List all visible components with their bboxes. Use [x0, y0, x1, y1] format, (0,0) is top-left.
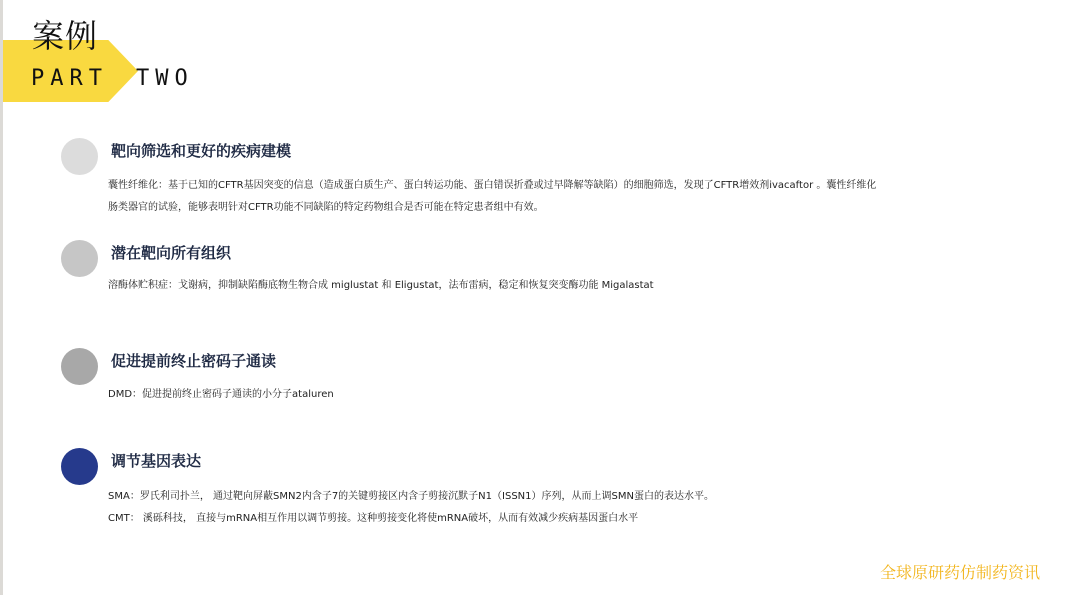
left-edge-rule [0, 0, 3, 595]
body-line: 囊性纤维化：基于已知的CFTR基因突变的信息（造成蛋白质生产、蛋白转运功能、蛋白… [108, 175, 1018, 197]
part-number: TWO [136, 68, 194, 90]
section-body: 囊性纤维化：基于已知的CFTR基因突变的信息（造成蛋白质生产、蛋白转运功能、蛋白… [108, 175, 1018, 219]
section-title: 潜在靶向所有组织 [111, 246, 231, 261]
bullet-circle-icon [61, 138, 98, 175]
bullet-circle-icon [61, 348, 98, 385]
section-title: 促进提前终止密码子通读 [111, 354, 276, 369]
body-line: DMD：促进提前终止密码子通读的小分子ataluren [108, 384, 1018, 406]
bullet-circle-icon [61, 448, 98, 485]
body-line: CMT： 溪砾科技， 直接与mRNA相互作用以调节剪接。这种剪接变化将使mRNA… [108, 508, 1018, 530]
section-title: 靶向筛选和更好的疾病建模 [111, 144, 291, 159]
page-title: 案例 [32, 20, 98, 52]
section-body: 溶酶体贮积症：戈谢病，抑制缺陷酶底物生物合成 miglustat 和 Eligu… [108, 275, 1018, 297]
part-label: PART [31, 68, 108, 90]
section-body: DMD：促进提前终止密码子通读的小分子ataluren [108, 384, 1018, 406]
body-line: 溶酶体贮积症：戈谢病，抑制缺陷酶底物生物合成 miglustat 和 Eligu… [108, 275, 1018, 297]
bullet-circle-icon [61, 240, 98, 277]
section-body: SMA：罗氏利司扑兰， 通过靶向屏蔽SMN2内含子7的关键剪接区内含子剪接沉默子… [108, 486, 1018, 530]
body-line: 肠类器官的试验，能够表明针对CFTR功能不同缺陷的特定药物组合是否可能在特定患者… [108, 197, 1018, 219]
section-title: 调节基因表达 [111, 454, 201, 469]
body-line: SMA：罗氏利司扑兰， 通过靶向屏蔽SMN2内含子7的关键剪接区内含子剪接沉默子… [108, 486, 1018, 508]
watermark-text: 全球原研药仿制药资讯 [880, 565, 1040, 581]
